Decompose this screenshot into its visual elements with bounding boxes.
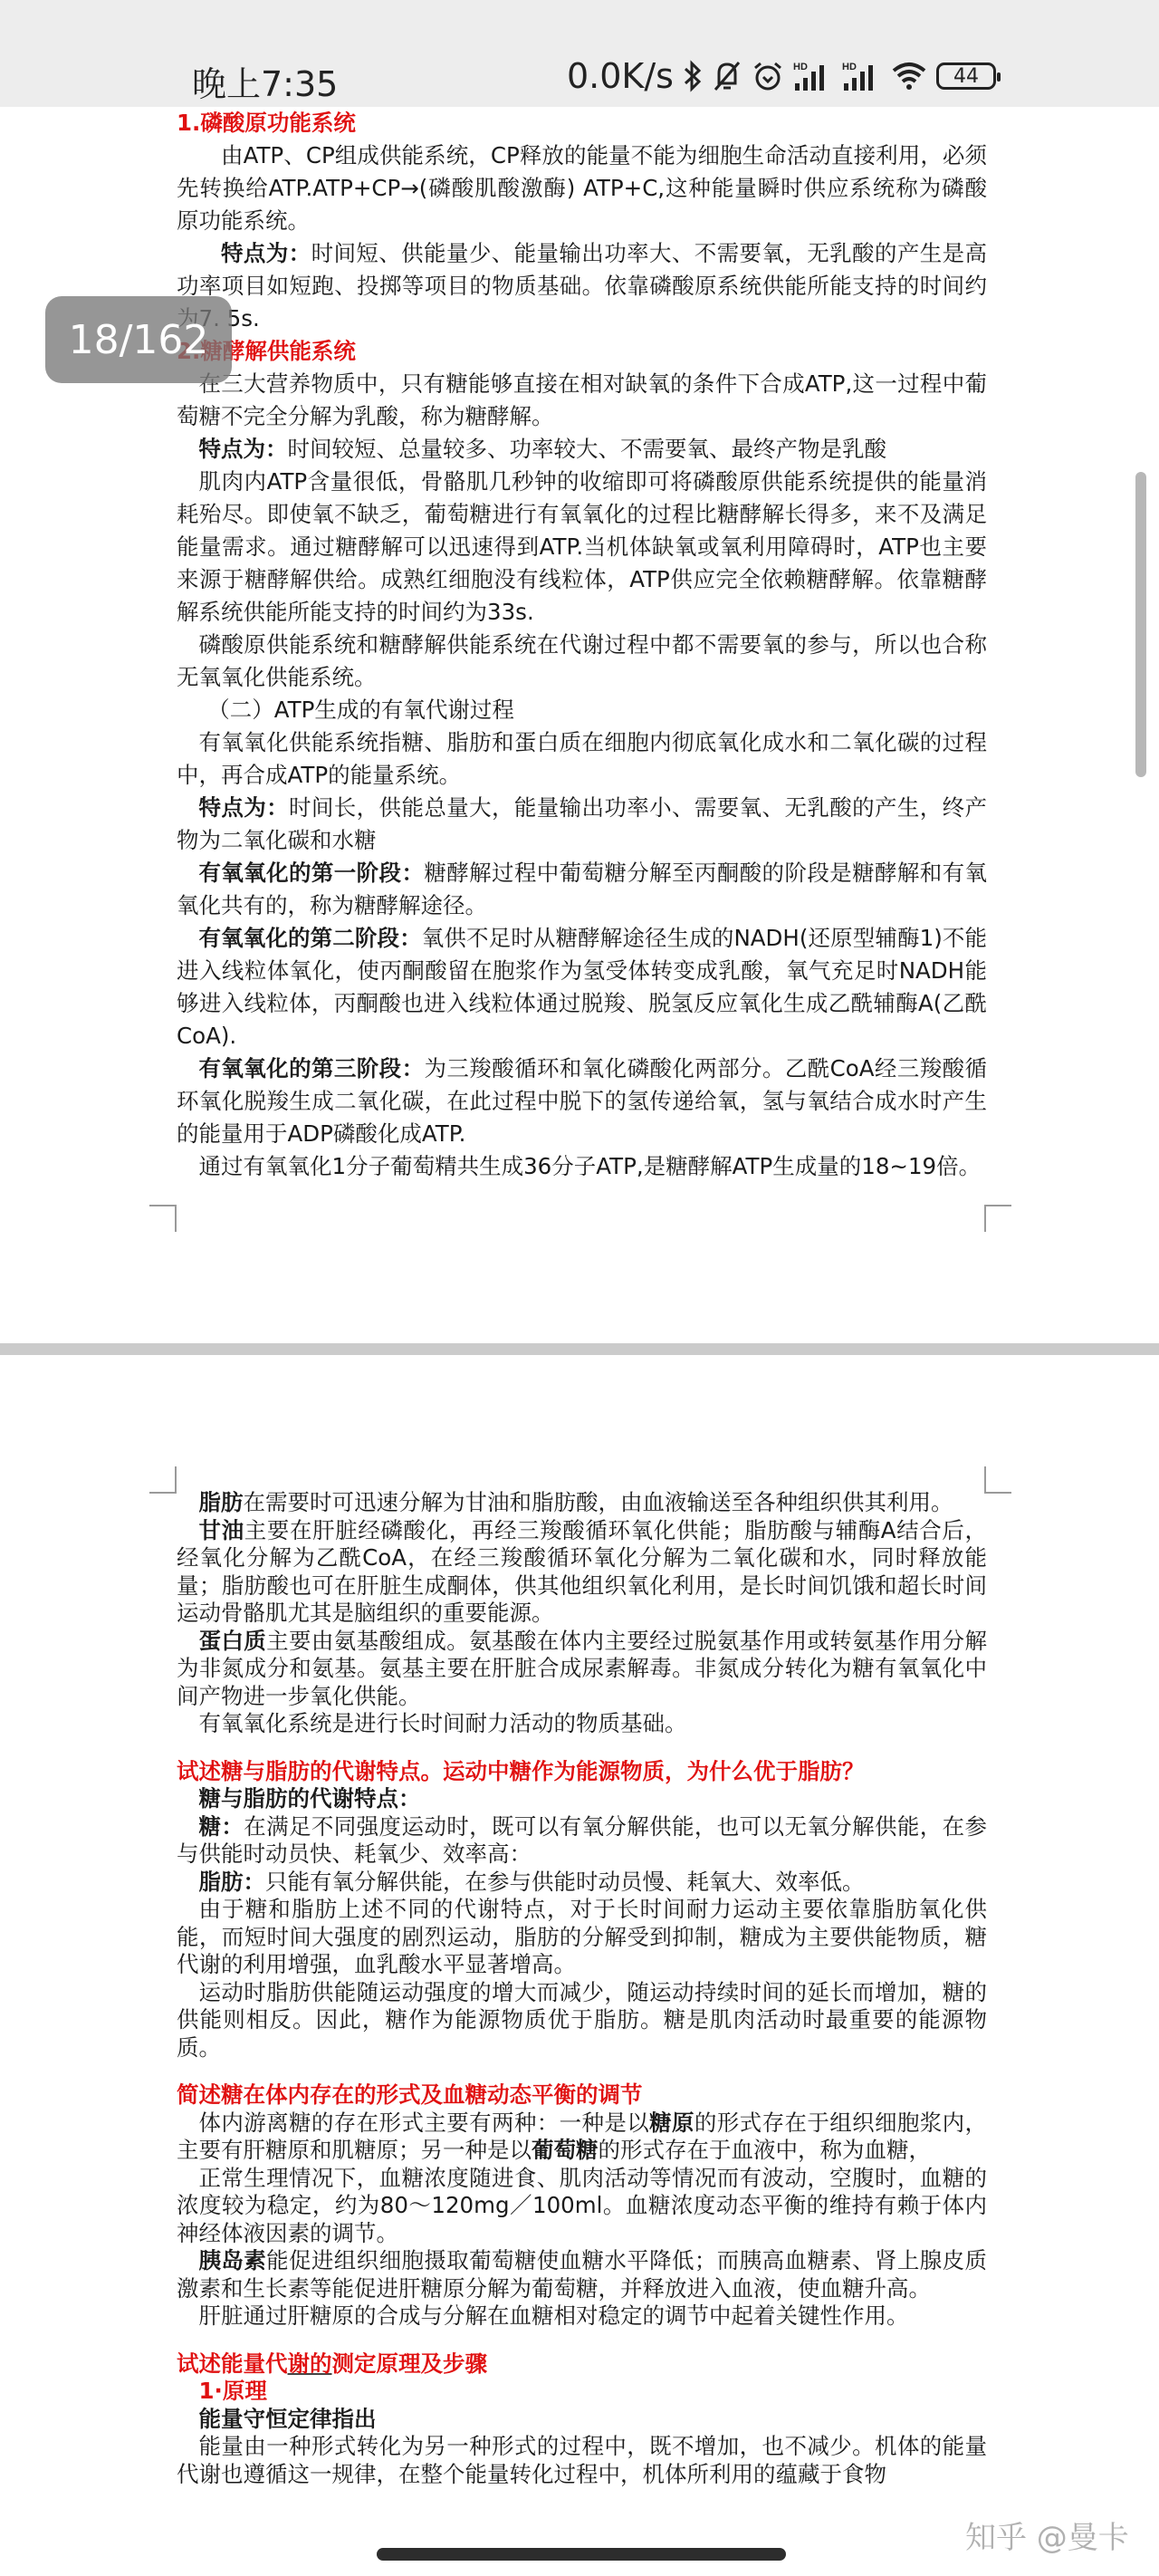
svg-text:HD: HD (793, 62, 808, 72)
paragraph-text: 体内游离糖的存在形式主要有两种：一种是以 (199, 2110, 650, 2136)
paragraph: 有氧氧化的第二阶段：氧供不足时从糖酵解途径生成的NADH(还原型辅酶1)不能进入… (177, 922, 987, 1053)
subheading-principle: 1·原理 (177, 2378, 987, 2406)
hd-signal-icon: HD (793, 60, 833, 92)
paragraph: 特点为：时间较短、总量较多、功率较大、不需要氧、最终产物是乳酸 (177, 433, 987, 466)
label-protein: 蛋白质 (199, 1628, 267, 1654)
page-margin-mark (984, 1205, 1011, 1232)
paragraph-text: 主要在肝脏经磷酸化，再经三羧酸循环氧化供能；脂肪酸与辅酶A结合后，经氧化分解为乙… (177, 1517, 987, 1627)
page-body: 1.磷酸原功能系统 由ATP、CP组成供能系统，CP释放的能量不能为细胞生命活动… (177, 107, 987, 1183)
subheading-conservation: 能量守恒定律指出 (177, 2406, 987, 2434)
label-glycerol: 甘油 (199, 1517, 244, 1543)
paragraph: 有氧氧化供能系统指糖、脂肪和蛋白质在细胞内彻底氧化成水和二氧化碳的过程中，再合成… (177, 726, 987, 792)
paragraph: 磷酸原供能系统和糖酵解供能系统在代谢过程中都不需要氧的参与，所以也合称无氧氧化供… (177, 629, 987, 694)
status-bar: 晚上7:35 0.0K/s HD HD 44 (0, 0, 1159, 107)
wifi-icon (891, 60, 927, 92)
label-fat: 脂肪 (199, 1489, 244, 1515)
heading-glycolysis-system: 2.糖酵解供能系统 (177, 335, 987, 368)
heading-text-underlined: 谢的 (288, 2350, 332, 2377)
subheading: 糖与脂肪的代谢特点： (177, 1785, 987, 1813)
paragraph: 有氧氧化的第一阶段：糖酵解过程中葡萄糖分解至丙酮酸的阶段是糖酵解和有氧氧化共有的… (177, 857, 987, 922)
paragraph: 脂肪：只能有氧分解供能，在参与供能时动员慢、耗氧大、效率低。 (177, 1869, 987, 1897)
bluetooth-icon (683, 60, 703, 92)
heading-phosphagen-system: 1.磷酸原功能系统 (177, 107, 987, 139)
paragraph-text: 的形式存在于血液中，称为血糖， (599, 2137, 932, 2163)
status-icons: 0.0K/s HD HD 44 (567, 56, 996, 96)
spacer (177, 2331, 987, 2350)
alarm-icon (752, 60, 784, 92)
label-features: 特点为： (221, 240, 311, 266)
paragraph-text: 主要由氨基酸组成。氨基酸在体内主要经过脱氨基作用或转氨基作用分解为非氮成分和氨基… (177, 1628, 987, 1709)
page-margin-mark (984, 1466, 1011, 1494)
page-margin-mark (149, 1466, 177, 1494)
paragraph-text: 时间长，供能总量大，能量输出功率小、需要氧、无乳酸的产生，终产物为二氧化碳和水糖 (177, 794, 987, 853)
paragraph: 特点为：时间短、供能量少、能量输出功率大、不需要氧，无乳酸的产生是高功率项目如短… (177, 237, 987, 335)
paragraph: 通过有氧氧化1分子葡萄精共生成36分子ATP,是糖酵解ATP生成量的18~19倍… (177, 1150, 987, 1183)
question-heading-blood-sugar: 简述糖在体内存在的形式及血糖动态平衡的调节 (177, 2081, 987, 2110)
page-separator (0, 1343, 1159, 1355)
page-counter-badge: 18/162 (45, 296, 232, 383)
page-margin-mark (149, 1205, 177, 1232)
mute-bell-icon (712, 60, 742, 92)
label-stage-1: 有氧氧化的第一阶段： (199, 860, 425, 886)
battery-icon: 44 (936, 62, 996, 90)
battery-level: 44 (953, 65, 979, 88)
paragraph: 由于糖和脂肪上述不同的代谢特点，对于长时间耐力运动主要依靠脂肪氧化供能，而短时间… (177, 1896, 987, 1979)
heading-text: 测定原理及步骤 (332, 2350, 488, 2377)
paragraph-text: 只能有氧分解供能，在参与供能时动员慢、耗氧大、效率低。 (265, 1869, 865, 1895)
paragraph: 糖：在满足不同强度运动时，既可以有氧分解供能，也可以无氧分解供能，在参与供能时动… (177, 1813, 987, 1869)
network-speed: 0.0K/s (567, 56, 674, 96)
paragraph-text: 在需要时可迅速分解为甘油和脂肪酸，由血液输送至各种组织供其利用。 (244, 1489, 953, 1515)
paragraph: 在三大营养物质中，只有糖能够直接在相对缺氧的条件下合成ATP,这一过程中葡萄糖不… (177, 368, 987, 433)
document-page-19: 脂肪在需要时可迅速分解为甘油和脂肪酸，由血液输送至各种组织供其利用。 甘油主要在… (0, 1355, 1159, 2576)
paragraph: 肌肉内ATP含量很低，骨骼肌几秒钟的收缩即可将磷酸原供能系统提供的能量消耗殆尽。… (177, 466, 987, 629)
paragraph: 由ATP、CP组成供能系统，CP释放的能量不能为细胞生命活动直接利用，必须先转换… (177, 139, 987, 237)
label-stage-3: 有氧氧化的第三阶段： (199, 1055, 425, 1081)
paragraph-text: 时间较短、总量较多、功率较大、不需要氧、最终产物是乳酸 (288, 436, 887, 462)
paragraph: 有氧氧化的第三阶段：为三羧酸循环和氧化磷酸化两部分。乙酰CoA经三羧酸循环氧化脱… (177, 1053, 987, 1150)
document-page-18: 1.磷酸原功能系统 由ATP、CP组成供能系统，CP释放的能量不能为细胞生命活动… (0, 107, 1159, 1343)
hd-signal-icon-2: HD (842, 60, 882, 92)
paragraph: 体内游离糖的存在形式主要有两种：一种是以糖原的形式存在于组织细胞浆内，主要有肝糖… (177, 2110, 987, 2165)
paragraph: 有氧氧化系统是进行长时间耐力活动的物质基础。 (177, 1710, 987, 1738)
paragraph-text: 能促进组织细胞摄取葡萄糖使血糖水平降低；而胰高血糖素、肾上腺皮质激素和生长素等能… (177, 2247, 987, 2302)
spacer (177, 2062, 987, 2081)
question-heading-sugar-vs-fat: 试述糖与脂肪的代谢特点。运动中糖作为能源物质，为什么优于脂肪？ (177, 1758, 987, 1786)
label-sugar: 糖： (199, 1813, 244, 1840)
label-features: 特点为： (199, 436, 288, 462)
label-features: 特点为： (199, 794, 290, 821)
paragraph: 特点为：时间长，供能总量大，能量输出功率小、需要氧、无乳酸的产生，终产物为二氧化… (177, 792, 987, 857)
paragraph: 正常生理情况下，血糖浓度随进食、肌肉活动等情况而有波动，空腹时，血糖的浓度较为稳… (177, 2165, 987, 2248)
home-indicator[interactable] (377, 2548, 786, 2561)
paragraph: 脂肪在需要时可迅速分解为甘油和脂肪酸，由血液输送至各种组织供其利用。 (177, 1489, 987, 1517)
paragraph: 能量由一种形式转化为另一种形式的过程中，既不增加，也不减少。机体的能量代谢也遵循… (177, 2433, 987, 2488)
paragraph: 胰岛素能促进组织细胞摄取葡萄糖使血糖水平降低；而胰高血糖素、肾上腺皮质激素和生长… (177, 2247, 987, 2302)
status-time: 晚上7:35 (192, 56, 338, 106)
bold-term: 糖原 (649, 2110, 694, 2136)
page-body: 脂肪在需要时可迅速分解为甘油和脂肪酸，由血液输送至各种组织供其利用。 甘油主要在… (177, 1489, 987, 2488)
paragraph: 运动时脂肪供能随运动强度的增大而减少，随运动持续时间的延长而增加，糖的供能则相反… (177, 1979, 987, 2062)
heading-text: 试述能量代 (177, 2350, 288, 2377)
paragraph: 肝脏通过肝糖原的合成与分解在血糖相对稳定的调节中起着关键性作用。 (177, 2302, 987, 2331)
scrollbar-thumb[interactable] (1135, 472, 1146, 777)
question-heading-energy-metabolism: 试述能量代谢的测定原理及步骤 (177, 2350, 987, 2379)
heading-aerobic-process: （二）ATP生成的有氧代谢过程 (177, 694, 987, 726)
paragraph-text: 在满足不同强度运动时，既可以有氧分解供能，也可以无氧分解供能，在参与供能时动员快… (177, 1813, 987, 1868)
bold-term: 葡萄糖 (532, 2137, 599, 2163)
label-fat: 脂肪： (199, 1869, 266, 1895)
label-insulin: 胰岛素 (199, 2247, 267, 2273)
svg-text:HD: HD (842, 62, 857, 72)
paragraph: 甘油主要在肝脏经磷酸化，再经三羧酸循环氧化供能；脂肪酸与辅酶A结合后，经氧化分解… (177, 1517, 987, 1628)
label-stage-2: 有氧氧化的第二阶段： (199, 925, 422, 951)
paragraph: 蛋白质主要由氨基酸组成。氨基酸在体内主要经过脱氨基作用或转氨基作用分解为非氮成分… (177, 1628, 987, 1711)
spacer (177, 1738, 987, 1758)
zhihu-watermark: 知乎 @曼卡 (965, 2513, 1129, 2557)
